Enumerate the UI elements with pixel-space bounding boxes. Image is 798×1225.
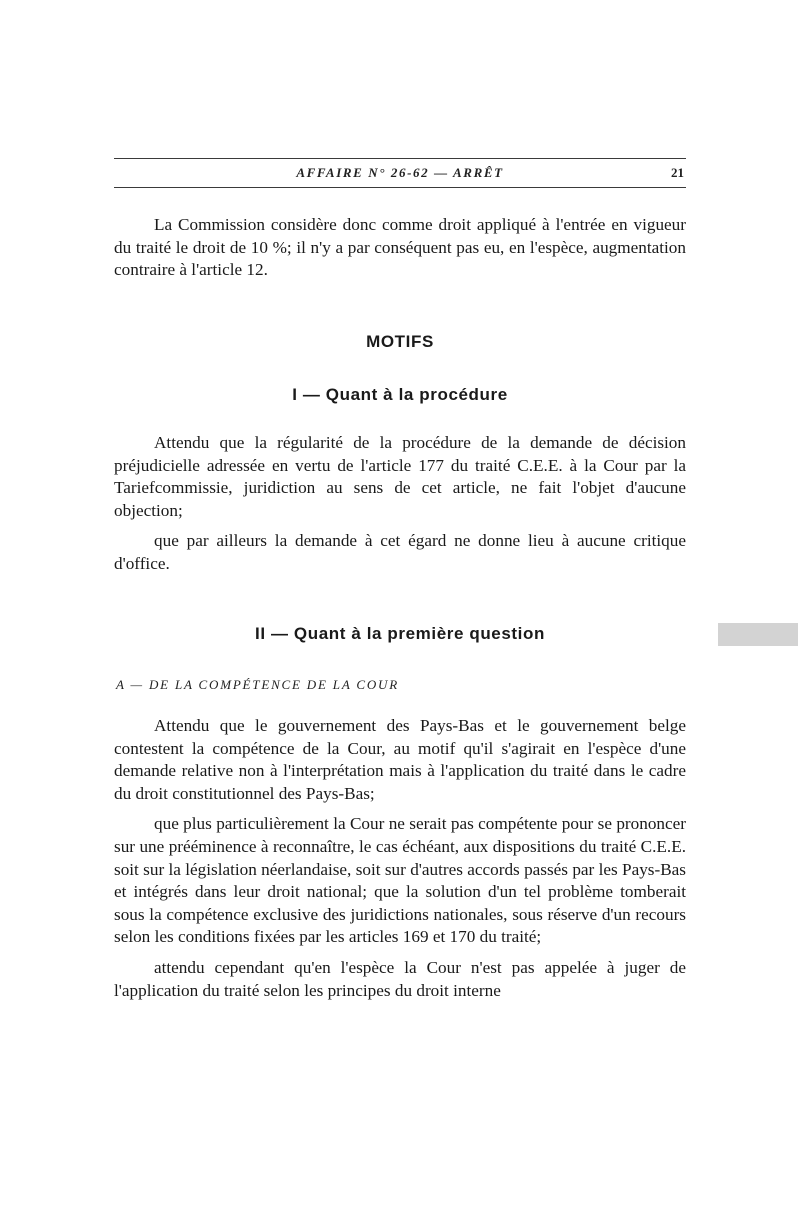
document-page: AFFAIRE N° 26-62 — ARRÊT 21 La Commissio… (0, 0, 798, 1225)
paragraph: attendu cependant qu'en l'espèce la Cour… (114, 957, 686, 1002)
side-thumb-tab (718, 623, 798, 646)
part-one-heading: I — Quant à la procédure (114, 385, 686, 405)
running-head: AFFAIRE N° 26-62 — ARRÊT 21 (114, 157, 686, 189)
section-title: MOTIFS (114, 332, 686, 352)
part-one-block: Attendu que la régularité de la procédur… (114, 432, 686, 576)
header-rule-bottom (114, 187, 686, 188)
intro-block: La Commission considère donc comme droit… (114, 214, 686, 282)
intro-paragraph: La Commission considère donc comme droit… (114, 214, 686, 282)
part-two-block: Attendu que le gouvernement des Pays-Bas… (114, 715, 686, 1002)
subsection-heading: A — DE LA COMPÉTENCE DE LA COUR (116, 677, 399, 693)
page-number: 21 (671, 165, 684, 181)
paragraph: que plus particulièrement la Cour ne ser… (114, 813, 686, 949)
paragraph: Attendu que la régularité de la procédur… (114, 432, 686, 522)
paragraph: que par ailleurs la demande à cet égard … (114, 530, 686, 575)
header-rule-top (114, 158, 686, 159)
paragraph: Attendu que le gouvernement des Pays-Bas… (114, 715, 686, 805)
running-title: AFFAIRE N° 26-62 — ARRÊT (114, 165, 686, 181)
part-two-heading: II — Quant à la première question (114, 624, 686, 644)
